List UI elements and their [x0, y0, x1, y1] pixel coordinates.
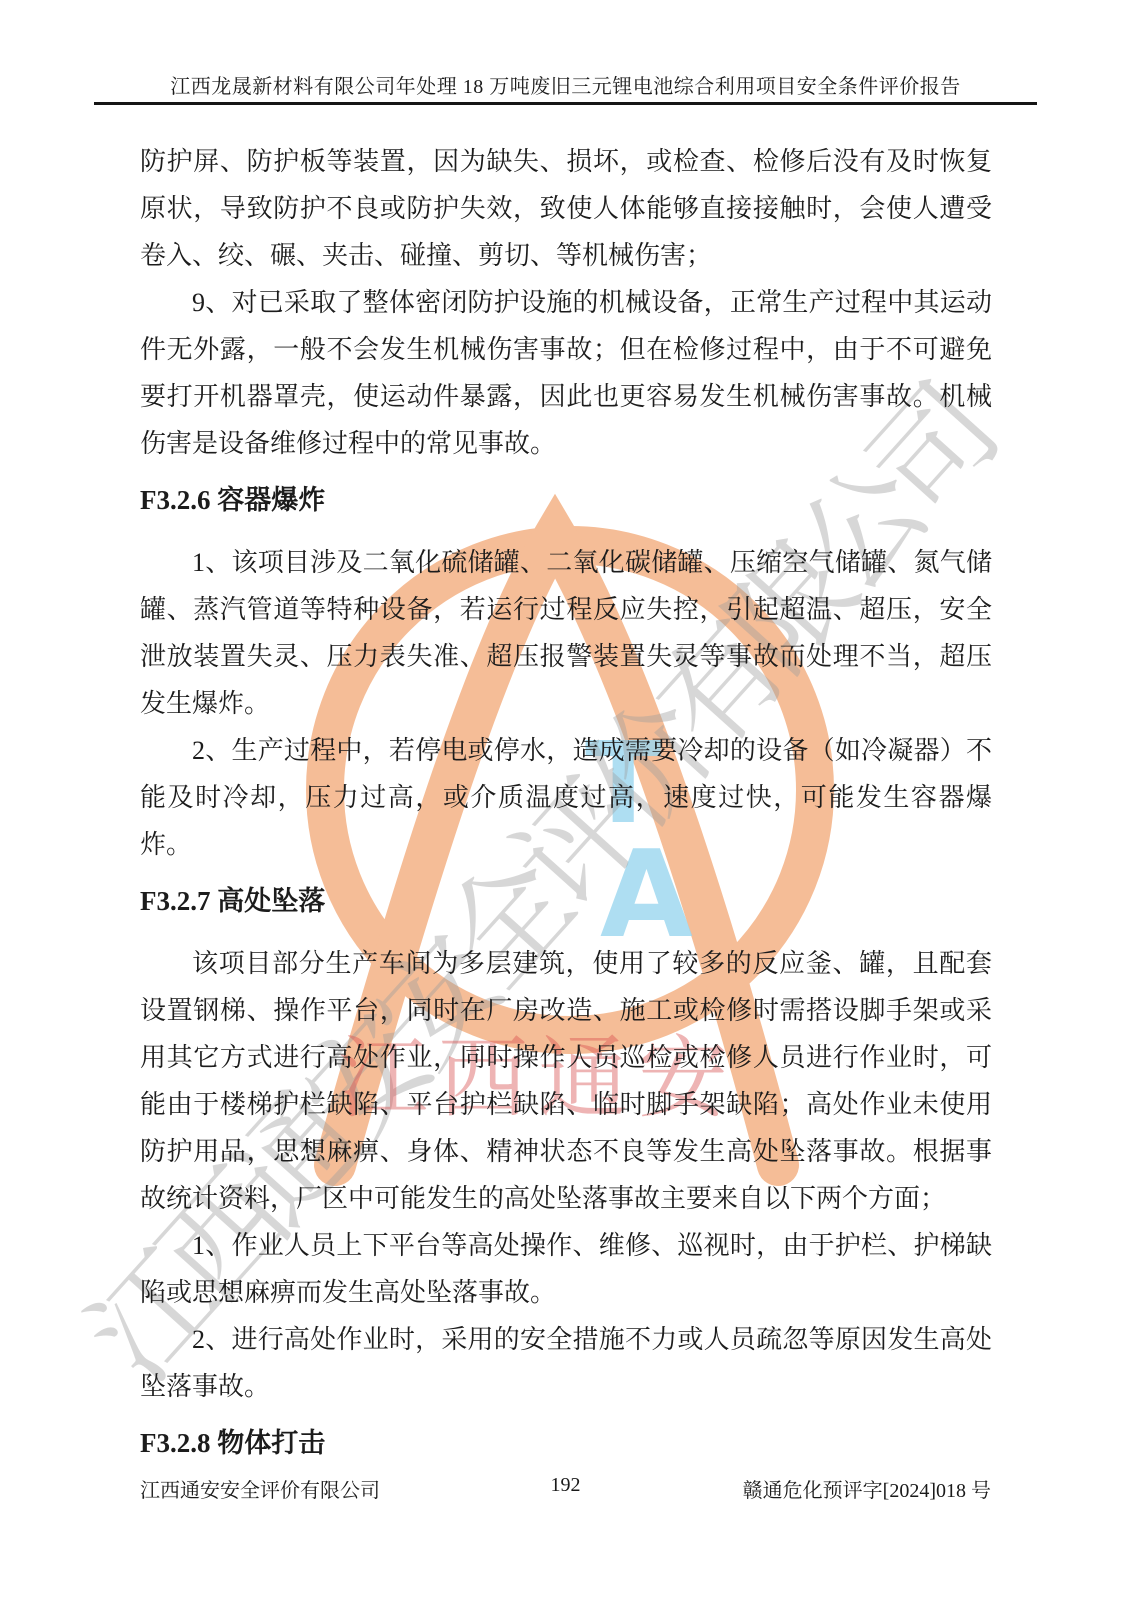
paragraph: 2、进行高处作业时，采用的安全措施不力或人员疏忽等原因发生高处坠落事故。 [140, 1316, 992, 1410]
paragraph: 防护屏、防护板等装置，因为缺失、损坏，或检查、检修后没有及时恢复原状，导致防护不… [140, 138, 992, 279]
document-body: 防护屏、防护板等装置，因为缺失、损坏，或检查、检修后没有及时恢复原状，导致防护不… [140, 138, 992, 1482]
paragraph: 该项目部分生产车间为多层建筑，使用了较多的反应釜、罐，且配套设置钢梯、操作平台，… [140, 940, 992, 1222]
paragraph: 2、生产过程中，若停电或停水，造成需要冷却的设备（如冷凝器）不能及时冷却，压力过… [140, 727, 992, 868]
paragraph: 9、对已采取了整体密闭防护设施的机械设备，正常生产过程中其运动件无外露，一般不会… [140, 279, 992, 467]
header-rule [94, 102, 1037, 105]
section-heading: F3.2.6 容器爆炸 [140, 480, 992, 520]
section-heading: F3.2.7 高处坠落 [140, 881, 992, 921]
section-heading: F3.2.8 物体打击 [140, 1423, 992, 1463]
report-page: T A 江西通安安全评价有限公司 江西通安 江西龙晟新材料有限公司年处理 18 … [0, 0, 1131, 1600]
paragraph: 1、该项目涉及二氧化硫储罐、二氧化碳储罐、压缩空气储罐、氮气储罐、蒸汽管道等特种… [140, 539, 992, 727]
footer-document-number: 赣通危化预评字[2024]018 号 [743, 1474, 991, 1503]
page-header-title: 江西龙晟新材料有限公司年处理 18 万吨废旧三元锂电池综合利用项目安全条件评价报… [0, 70, 1131, 99]
paragraph: 1、作业人员上下平台等高处操作、维修、巡视时，由于护栏、护梯缺陷或思想麻痹而发生… [140, 1222, 992, 1316]
